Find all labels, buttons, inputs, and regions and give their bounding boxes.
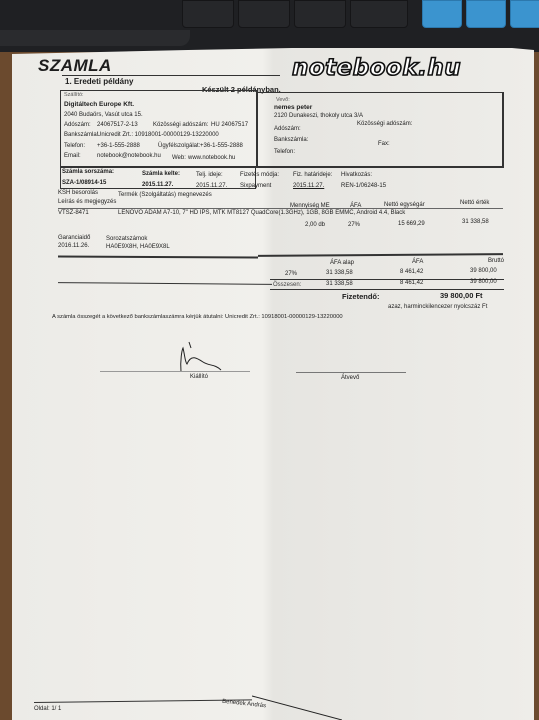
seller-email[interactable]: notebook@notebook.hu xyxy=(97,153,161,159)
serials-label: Sorozatszámok xyxy=(106,236,147,242)
fulfillment-date: 2015.11.27. xyxy=(196,183,227,189)
page-number: Oldal: 1/ 1 xyxy=(34,706,61,712)
fulfillment-label: Telj. ideje: xyxy=(196,172,223,178)
summary-base: 31 338,58 xyxy=(326,270,353,276)
item-vat: 27% xyxy=(348,222,360,228)
seller-label: Szállító: xyxy=(64,92,84,98)
bank-transfer-note: A számla összegét a következő bankszámla… xyxy=(52,314,343,320)
payment-method: Sixpayment xyxy=(240,183,271,189)
due-label: Fiz. határideje: xyxy=(293,172,332,178)
buyer-name: nemes peter xyxy=(274,104,312,111)
seller-bank: Unicredit Zrt.: 10918001-00000129-132200… xyxy=(97,132,219,138)
payable-label: Fizetendő: xyxy=(342,292,380,301)
recipient-label: Átvevő xyxy=(341,375,359,381)
payable-words: azaz, harminckilencezer nyolcszáz Ft xyxy=(388,304,487,310)
keyboard-key xyxy=(182,0,234,28)
keyboard-key xyxy=(238,0,290,28)
col-ksh: KSH besorolás xyxy=(58,190,98,196)
summary-gross: 39 800,00 xyxy=(470,268,497,274)
copy-label: 1. Eredeti példány xyxy=(65,77,133,86)
item-code: VTSZ-8471 xyxy=(58,210,89,216)
seller-bank-label: Bankszámla: xyxy=(64,132,98,138)
seller-email-label: Email: xyxy=(64,153,81,159)
warranty-date: 2016.11.26. xyxy=(58,243,89,249)
invoice-date-label: Számla kelte: xyxy=(142,171,180,177)
summary-vat: 8 461,42 xyxy=(400,269,423,275)
seller-web-label: Web: xyxy=(172,155,186,161)
buyer-address: 2120 Dunakeszi, thokoly utca 3/A xyxy=(274,113,363,119)
invoice-title: SZAMLA xyxy=(38,56,112,76)
reference-label: Hivatkozás: xyxy=(341,172,372,178)
notebook-logo: notebook.hu xyxy=(292,55,461,81)
seller-web[interactable]: www.notebook.hu xyxy=(188,155,235,161)
col-notes: Leírás és megjegyzés xyxy=(58,199,116,205)
payment-label: Fizetés módja: xyxy=(240,172,279,178)
seller-eu-tax-id: HU 24067517 xyxy=(211,122,248,128)
buyer-eu-tax-label: Közösségi adószám: xyxy=(357,121,412,127)
item-quantity: 2,00 db xyxy=(305,222,325,228)
col-net-value: Nettó érték xyxy=(460,200,489,206)
keyboard-edge xyxy=(0,30,190,46)
summary-header-base: ÁFA alap xyxy=(330,260,354,266)
total-label: Összesen: xyxy=(273,282,301,288)
buyer-phone-label: Telefon: xyxy=(274,149,295,155)
seller-tax-id: 24067517-2-13 xyxy=(97,122,138,128)
payable-amount: 39 800,00 Ft xyxy=(440,291,483,300)
buyer-tax-label: Adószám: xyxy=(274,126,301,132)
item-unit-price: 15 669,29 xyxy=(398,221,425,227)
summary-rate: 27% xyxy=(285,271,297,277)
seller-phone: +36-1-555-2888 xyxy=(97,143,140,149)
invoice-date: 2015.11.27. xyxy=(142,182,173,188)
reference: REN-1/06248-15 xyxy=(341,183,386,189)
buyer-bank-label: Bankszámla: xyxy=(274,137,308,143)
col-description: Termék (Szolgáltatás) megnevezés xyxy=(118,192,212,198)
buyer-fax-label: Fax: xyxy=(378,141,390,147)
item-description: LENOVO ADAM A7-10, 7" HD IPS, MTK MT8127… xyxy=(118,210,405,216)
keyboard-background xyxy=(0,0,539,52)
warranty-label: Garanciaidő xyxy=(58,235,90,241)
keyboard-key xyxy=(350,0,408,28)
summary-header-gross: Bruttó xyxy=(488,258,504,264)
keyboard-key-blue xyxy=(466,0,506,28)
seller-support-label: Ügyfélszolgálat: xyxy=(158,143,200,149)
keyboard-key-blue xyxy=(510,0,539,28)
total-base: 31 338,58 xyxy=(326,281,353,287)
invoice-number: SZA-1/08914-15 xyxy=(62,180,106,186)
summary-header-vat: ÁFA xyxy=(412,259,423,265)
item-net-value: 31 338,58 xyxy=(462,219,489,225)
seller-support: +36-1-555-2888 xyxy=(200,143,243,149)
seller-tax-label: Adószám: xyxy=(64,122,91,128)
due-date: 2015.11.27. xyxy=(293,183,324,189)
total-gross: 39 800,00 xyxy=(470,279,497,285)
keyboard-key xyxy=(294,0,346,28)
seller-name: Digitáltech Europe Kft. xyxy=(64,101,134,108)
signature-scribble xyxy=(175,340,245,375)
total-vat: 8 461,42 xyxy=(400,280,423,286)
seller-eu-tax-label: Közösségi adószám: xyxy=(153,122,208,128)
seller-phone-label: Telefon: xyxy=(64,143,85,149)
serials: HA0E9X8H, HA0E9X8L xyxy=(106,244,170,250)
invoice-number-label: Számla sorszáma: xyxy=(62,169,114,175)
buyer-label: Vevő: xyxy=(276,97,290,103)
seller-address: 2040 Budaörs, Vasút utca 15. xyxy=(64,112,143,118)
keyboard-key-blue xyxy=(422,0,462,28)
issuer-label: Kiállító xyxy=(190,374,208,380)
